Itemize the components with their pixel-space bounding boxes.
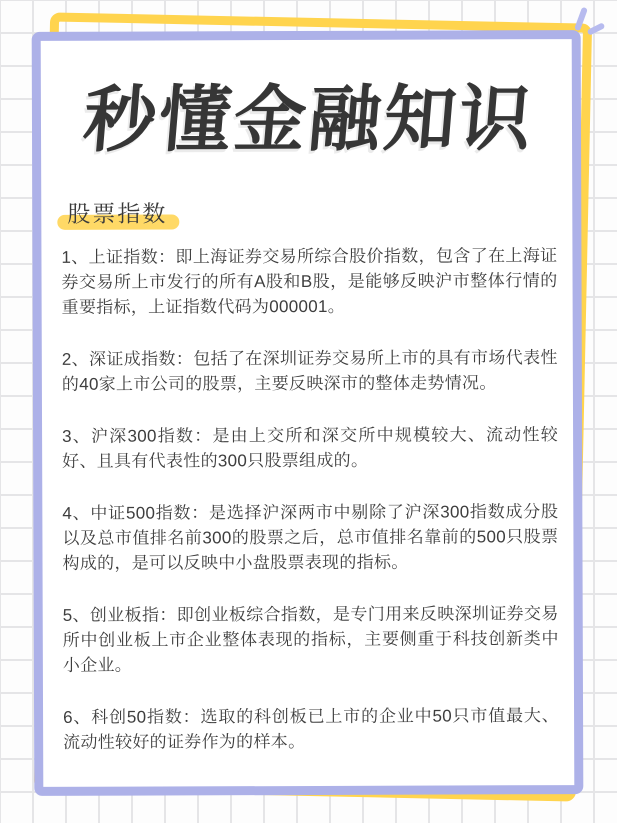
- purple-frame-card: 秒懂金融知识 股票指数 1、上证指数：即上海证券交易所综合股价指数，包含了在上海…: [32, 30, 584, 796]
- index-list: 1、上证指数：即上海证券交易所综合股价指数，包含了在上海证券交易所上市发行的所有…: [61, 243, 559, 755]
- card-content: 秒懂金融知识 股票指数 1、上证指数：即上海证券交易所综合股价指数，包含了在上海…: [41, 83, 575, 823]
- index-item-csi300: 3、沪深300指数：是由上交所和深交所中规模较大、流动性较好、且具有代表性的30…: [62, 422, 558, 474]
- section-header: 股票指数: [67, 198, 167, 228]
- index-item-chinext: 5、创业板指：即创业板综合指数，是专门用来反映深圳证券交易所中创业板上市企业整体…: [63, 601, 559, 678]
- poster: 秒懂金融知识 股票指数 1、上证指数：即上海证券交易所综合股价指数，包含了在上海…: [0, 0, 617, 823]
- index-item-star50: 6、科创50指数：选取的科创板已上市的企业中50只市值最大、流动性较好的证券作为…: [63, 703, 559, 755]
- index-item-shanghai-composite: 1、上证指数：即上海证券交易所综合股价指数，包含了在上海证券交易所上市发行的所有…: [61, 243, 557, 320]
- index-item-csi500: 4、中证500指数：是选择沪深两市中剔除了沪深300指数成分股以及总市值排名前3…: [62, 499, 558, 576]
- section-title: 股票指数: [67, 200, 167, 226]
- index-item-shenzhen-component: 2、深证成指数：包括了在深圳证券交易所上市的具有市场代表性的40家上市公司的股票…: [62, 345, 558, 397]
- page-title: 秒懂金融知识: [58, 83, 560, 157]
